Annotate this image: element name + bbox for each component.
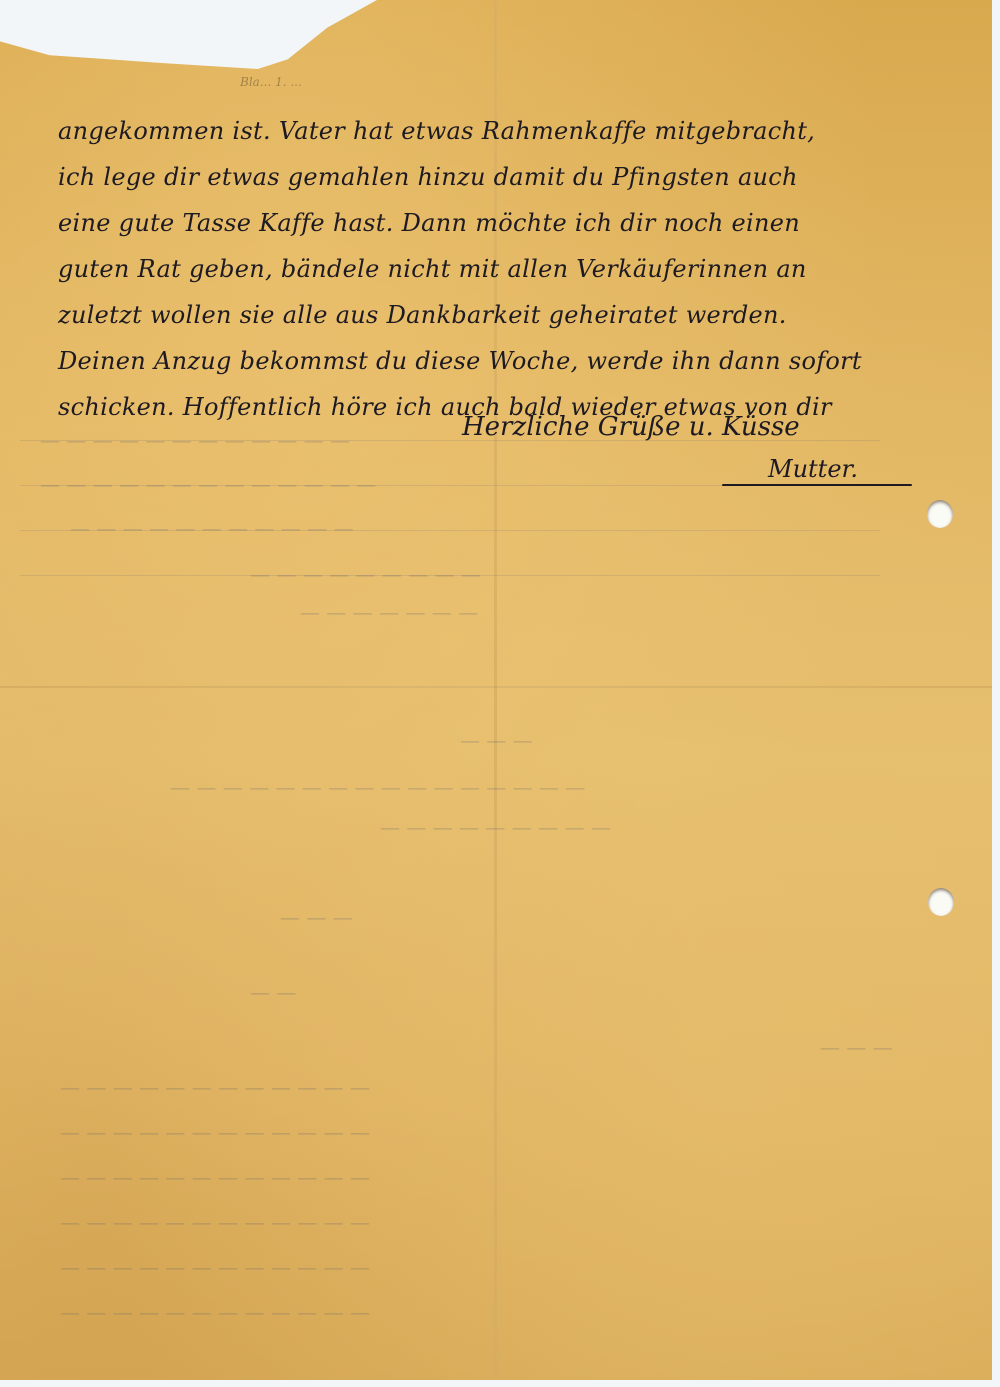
punch-hole-bottom	[928, 888, 954, 916]
bleed-through-line: — — — — — — — — — — — —	[60, 1300, 370, 1324]
letter-line: angekommen ist. Vater hat etwas Rahmenka…	[58, 108, 938, 154]
bleed-through-line: — — — — — — — — — — —	[70, 516, 354, 540]
bleed-through-line: — — — — — — — — — — — —	[60, 1165, 370, 1189]
bleed-through-line: — — — — — — — — — — — —	[60, 1210, 370, 1234]
letter-line: eine gute Tasse Kaffe hast. Dann möchte …	[58, 200, 938, 246]
bleed-through-line: — — —	[820, 1035, 893, 1059]
bleed-through-line: — — — — — — — — — — — —	[60, 1120, 370, 1144]
faint-header-text: Bla... 1. ...	[240, 75, 302, 89]
letter-signature: Mutter.	[768, 455, 858, 483]
letter-closing: Herzliche Grüße u. Küsse	[462, 412, 800, 442]
letter-body: angekommen ist. Vater hat etwas Rahmenka…	[58, 108, 938, 430]
letter-line: zuletzt wollen sie alle aus Dankbarkeit …	[58, 292, 938, 338]
letter-line: ich lege dir etwas gemahlen hinzu damit …	[58, 154, 938, 200]
signature-underline	[722, 484, 912, 486]
bleed-through-line: — — — — — — — — —	[380, 815, 611, 839]
punch-hole-top	[927, 500, 953, 528]
letter-line: guten Rat geben, bändele nicht mit allen…	[58, 246, 938, 292]
bleed-through-line: — — — — — — — — — — — — —	[40, 472, 376, 496]
bleed-through-line: — — — — — — — — — — — — — — — —	[170, 775, 585, 799]
bleed-through-line: — — — — — — — — — — — —	[60, 1255, 370, 1279]
bleed-through-line: — — — — — — — — — — — —	[40, 428, 350, 452]
bleed-through-line: — — — — — — — — —	[250, 562, 481, 586]
bleed-through-line: — —	[250, 980, 296, 1004]
bleed-through-line: — — — — — — — — — — — —	[60, 1075, 370, 1099]
bleed-through-line: — — — — — — —	[300, 600, 478, 624]
bleed-through-line: — — —	[460, 728, 533, 752]
bleed-through-line: — — —	[280, 905, 353, 929]
letter-line: Deinen Anzug bekommst du diese Woche, we…	[58, 338, 938, 384]
